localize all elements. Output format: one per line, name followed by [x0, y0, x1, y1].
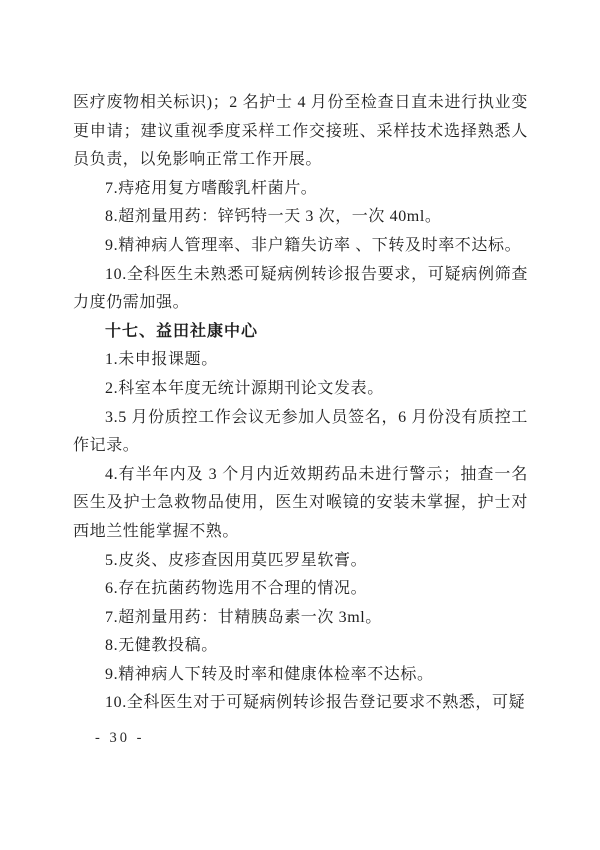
- paragraph: 10.全科医生对于可疑病例转诊报告登记要求不熟悉，可疑: [73, 689, 528, 718]
- paragraph: 7.痔疮用复方嗜酸乳杆菌片。: [73, 175, 528, 204]
- paragraph: 2.科室本年度无统计源期刊论文发表。: [73, 375, 528, 404]
- paragraph: 9.精神病人下转及时率和健康体检率不达标。: [73, 661, 528, 690]
- paragraph: 6.存在抗菌药物选用不合理的情况。: [73, 575, 528, 604]
- paragraph: 8.超剂量用药：锌钙特一天 3 次，一次 40ml。: [73, 203, 528, 232]
- paragraph: 3.5 月份质控工作会议无参加人员签名，6 月份没有质控工作记录。: [73, 404, 528, 461]
- paragraph: 1.未申报课题。: [73, 346, 528, 375]
- paragraph: 4.有半年内及 3 个月内近效期药品未进行警示；抽查一名医生及护士急救物品使用，…: [73, 461, 528, 547]
- paragraph: 10.全科医生未熟悉可疑病例转诊报告要求，可疑病例筛查力度仍需加强。: [73, 261, 528, 318]
- document-body: 医疗废物相关标识)；2 名护士 4 月份至检查日直未进行执业变更申请；建议重视季…: [73, 89, 528, 718]
- paragraph: 9.精神病人管理率、非户籍失访率 、下转及时率不达标。: [73, 232, 528, 261]
- paragraph: 5.皮炎、皮疹查因用莫匹罗星软膏。: [73, 547, 528, 576]
- page-number: - 30 -: [95, 730, 144, 747]
- document-page: 医疗废物相关标识)；2 名护士 4 月份至检查日直未进行执业变更申请；建议重视季…: [0, 0, 600, 850]
- paragraph: 8.无健教投稿。: [73, 632, 528, 661]
- section-heading: 十七、益田社康中心: [73, 318, 528, 347]
- paragraph: 医疗废物相关标识)；2 名护士 4 月份至检查日直未进行执业变更申请；建议重视季…: [73, 89, 528, 175]
- paragraph: 7.超剂量用药：甘精胰岛素一次 3ml。: [73, 604, 528, 633]
